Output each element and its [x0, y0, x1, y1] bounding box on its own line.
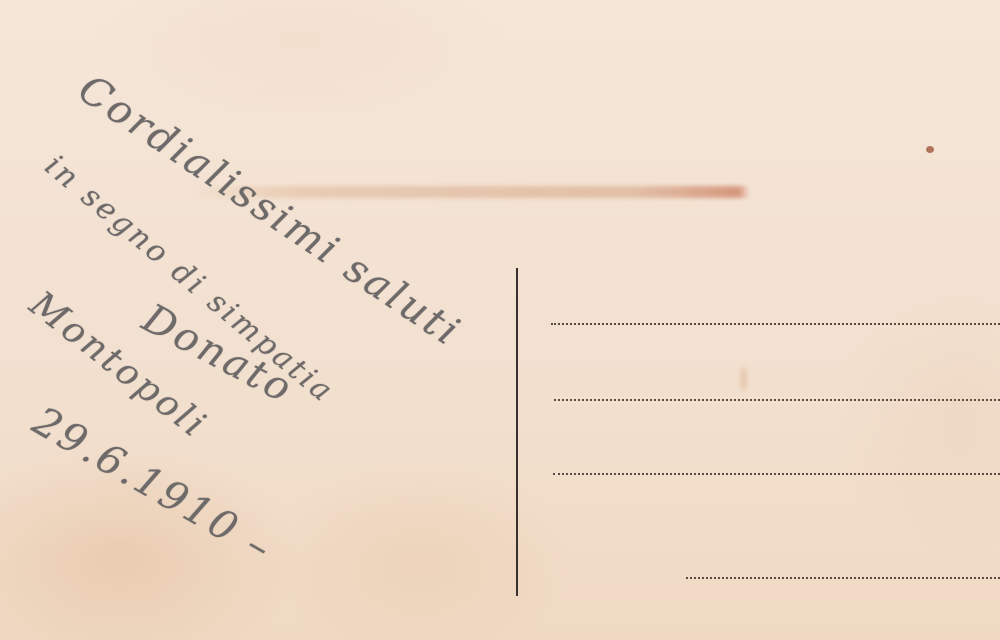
- postcard-back: Cordialissimi saluti in segno di simpati…: [0, 0, 1000, 640]
- address-line-4: [686, 577, 1000, 579]
- handwritten-date: 29.6.1910 –: [25, 398, 281, 572]
- foxing-stain: [740, 368, 747, 390]
- message-address-divider: [516, 268, 518, 596]
- address-line-1: [551, 323, 1000, 325]
- address-line-2: [554, 399, 1000, 401]
- address-line-3: [553, 473, 1000, 475]
- ink-spot: [926, 146, 934, 153]
